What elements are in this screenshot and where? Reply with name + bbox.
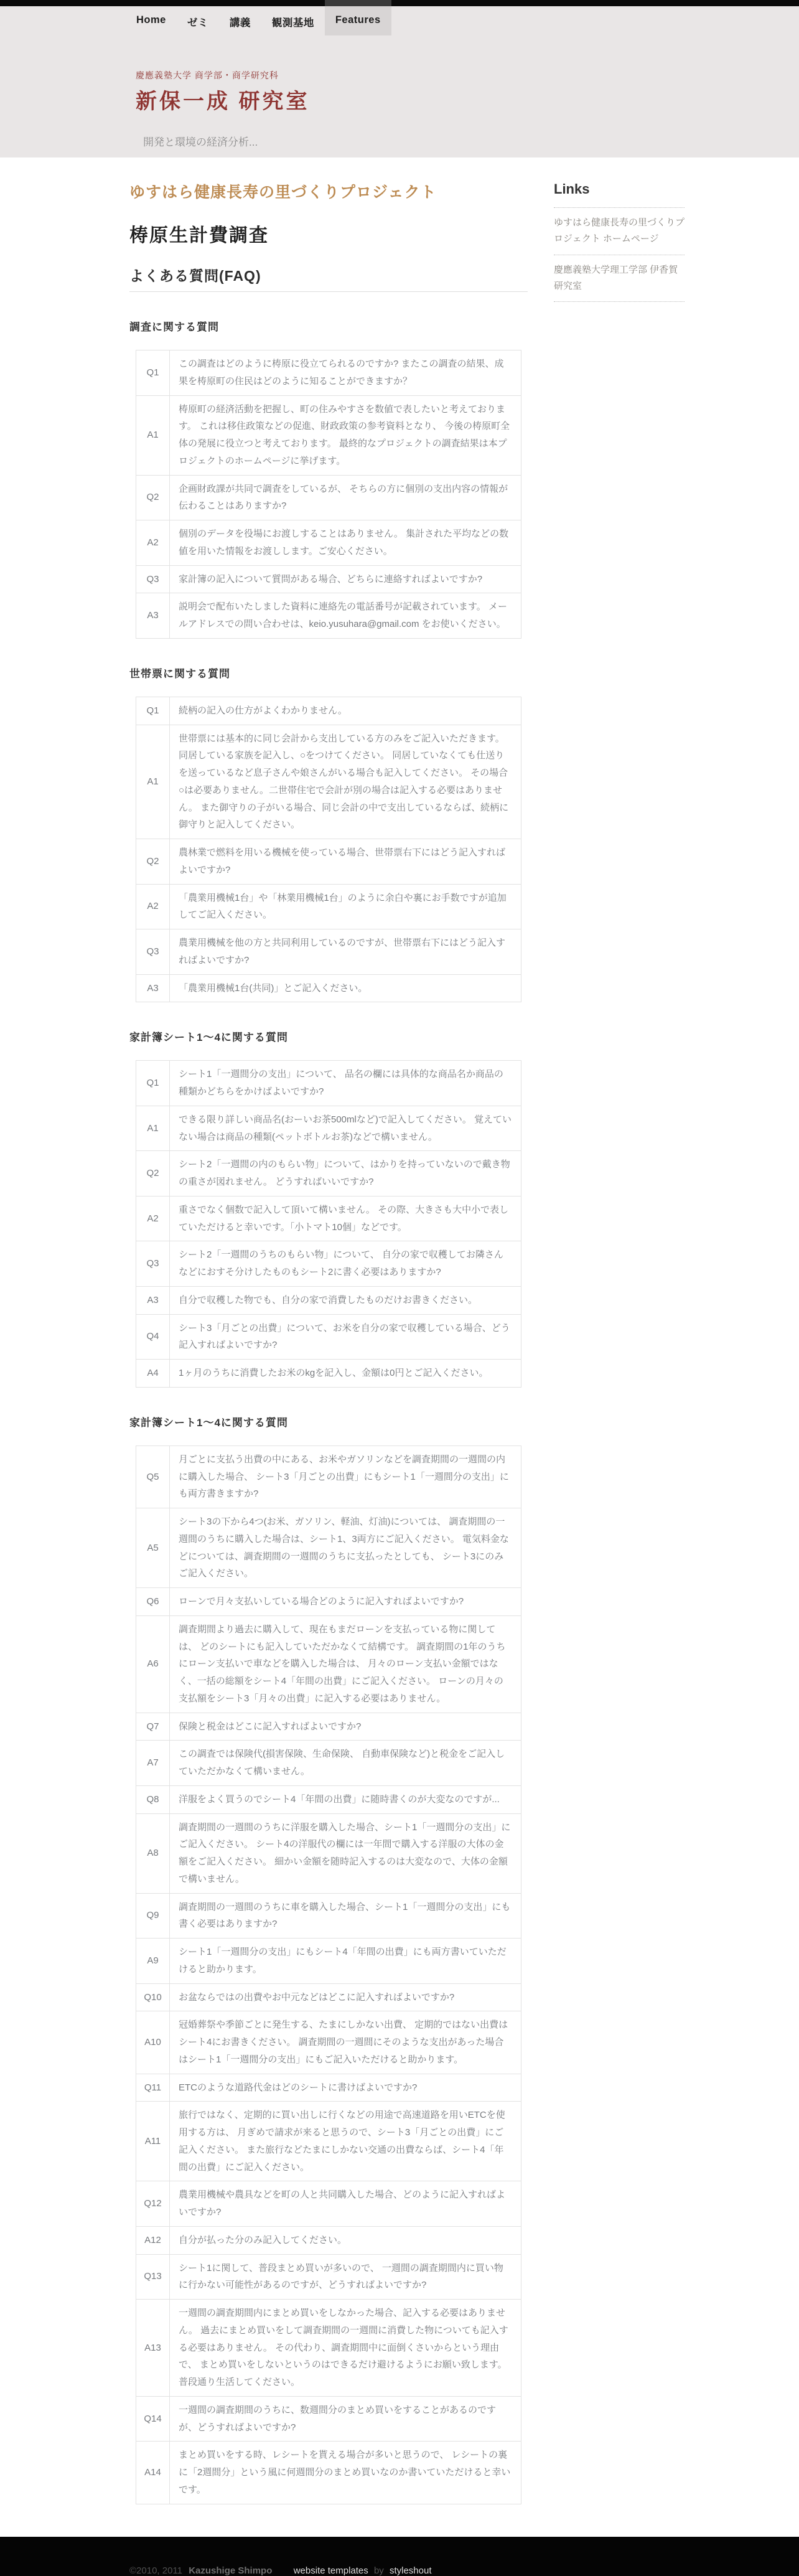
qa-text: まとめ買いをする時、レシートを貰える場合が多いと思うので、 レシートの裏に「2週… xyxy=(170,2442,521,2504)
faq-row-q14: Q14一週間の調査期間のうちに、数週間分のまとめ買いをすることがあるのですが、ど… xyxy=(136,2396,521,2442)
faq-row-a10: A10冠婚葬祭や季節ごとに発生する、たまにしかない出費、 定期的ではない出費はシ… xyxy=(136,2011,521,2074)
project-title: ゆすはら健康長寿の里づくりプロジェクト xyxy=(129,180,528,202)
faq-row-q7: Q7保険と税金はどこに記入すればよいですか? xyxy=(136,1713,521,1741)
copyright-years: ©2010, 2011 xyxy=(129,2565,182,2576)
qa-label: Q14 xyxy=(136,2396,170,2442)
qa-label: Q6 xyxy=(136,1588,170,1616)
qa-label: A10 xyxy=(136,2011,170,2074)
qa-label: Q9 xyxy=(136,1893,170,1939)
copyright-author: Kazushige Shimpo xyxy=(189,2565,272,2576)
logo-block: 慶應義塾大学 商学部・商学研究科 新保一成 研究室 xyxy=(119,69,680,115)
qa-label: Q3 xyxy=(136,929,170,975)
affiliation-text: 慶應義塾大学 商学部・商学研究科 xyxy=(136,69,680,82)
qa-text: 重さでなく個数で記入して頂いて構いません。 その際、大きさも大中小で表していただ… xyxy=(170,1196,521,1241)
faq-row-q1: Q1シート1「一週間分の支出」について、 品名の欄には具体的な商品名か商品の種類… xyxy=(136,1061,521,1106)
qa-text: 農業用機械を他の方と共同利用しているのですが、世帯票右下にはどう記入すればよいで… xyxy=(170,929,521,975)
faq-row-a3: A3説明会で配布いたしました資料に連絡先の電話番号が記載されています。 メールア… xyxy=(136,593,521,639)
qa-label: Q2 xyxy=(136,1151,170,1196)
qa-label: Q4 xyxy=(136,1314,170,1360)
faq-row-q2: Q2企画財政課が共同で調査をしているが、 そちらの方に個別の支出内容の情報が伝わ… xyxy=(136,475,521,520)
sidebar: Links ゆすはら健康長寿の里づくりプロジェクト ホームページ慶應義塾大学理工… xyxy=(554,157,685,2504)
section-heading: 世帯票に関する質問 xyxy=(129,665,528,680)
qa-text: お盆ならではの出費やお中元などはどこに記入すればよいですか? xyxy=(170,1983,521,2011)
faq-row-q2: Q2シート2「一週間の内のもらい物」について、はかりを持っていないので戴き物の重… xyxy=(136,1151,521,1196)
qa-text: 続柄の記入の仕方がよくわかりません。 xyxy=(170,697,521,725)
qa-label: A3 xyxy=(136,974,170,1002)
faq-row-q11: Q11ETCのような道路代金はどのシートに書けばよいですか? xyxy=(136,2074,521,2102)
qa-text: 自分で収穫した物でも、自分の家で消費したものだけお書きください。 xyxy=(170,1286,521,1314)
faq-row-q3: Q3家計簿の記入について質問がある場合、どちらに連絡すればよいですか? xyxy=(136,565,521,593)
faq-table: Q1続柄の記入の仕方がよくわかりません。A1世帯票には基本的に同じ会計から支出し… xyxy=(136,697,521,1003)
qa-label: Q7 xyxy=(136,1713,170,1741)
sidebar-link-item: ゆすはら健康長寿の里づくりプロジェクト ホームページ xyxy=(554,208,685,255)
qa-label: Q2 xyxy=(136,839,170,885)
qa-label: Q13 xyxy=(136,2254,170,2300)
qa-label: A2 xyxy=(136,884,170,929)
qa-text: シート3の下から4つ(お米、ガソリン、軽油、灯油)については、 調査期間の一週間… xyxy=(170,1508,521,1588)
faq-row-a13: A13一週間の調査期間内にまとめ買いをしなかった場合、記入する必要はありません。… xyxy=(136,2300,521,2397)
faq-row-q4: Q4シート3「月ごとの出費」について、お米を自分の家で収穫している場合、どう記入… xyxy=(136,1314,521,1360)
faq-row-a11: A11旅行ではなく、定期的に買い出しに行くなどの用途で高速道路を用いETCを使用… xyxy=(136,2102,521,2181)
faq-row-a8: A8調査期間の一週間のうちに洋服を購入した場合、シート1「一週間分の支出」にご記… xyxy=(136,1813,521,1893)
qa-label: A1 xyxy=(136,725,170,839)
links-heading: Links xyxy=(554,181,685,197)
qa-text: シート1「一週間分の支出」にもシート4「年間の出費」にも両方書いていただけると助… xyxy=(170,1939,521,1984)
qa-text: 一週間の調査期間のうちに、数週間分のまとめ買いをすることがあるのですが、どうすれ… xyxy=(170,2396,521,2442)
faq-row-a9: A9シート1「一週間分の支出」にもシート4「年間の出費」にも両方書いていただける… xyxy=(136,1939,521,1984)
faq-table: Q1シート1「一週間分の支出」について、 品名の欄には具体的な商品名か商品の種類… xyxy=(136,1060,521,1388)
main-column: ゆすはら健康長寿の里づくりプロジェクト 梼原生計費調査 よくある質問(FAQ) … xyxy=(129,157,528,2504)
qa-text: 世帯票には基本的に同じ会計から支出している方のみをご記入いただきます。 同居して… xyxy=(170,725,521,839)
qa-label: A6 xyxy=(136,1615,170,1713)
faq-row-q12: Q12農業用機械や農具などを町の人と共同購入した場合、どのように記入すればよいで… xyxy=(136,2181,521,2227)
qa-label: Q5 xyxy=(136,1445,170,1508)
site-title: 新保一成 研究室 xyxy=(136,84,680,115)
qa-label: A5 xyxy=(136,1508,170,1588)
qa-text: 説明会で配布いたしました資料に連絡先の電話番号が記載されています。 メールアドレ… xyxy=(170,593,521,639)
faq-row-q1: Q1この調査はどのように梼原に役立てられるのですか? またこの調査の結果、成果を… xyxy=(136,350,521,396)
qa-text: ローンで月々支払いしている場合どのように記入すればよいですか? xyxy=(170,1588,521,1616)
qa-text: この調査はどのように梼原に役立てられるのですか? またこの調査の結果、成果を梼原… xyxy=(170,350,521,396)
section-heading: 家計簿シート1～4に関する質問 xyxy=(129,1028,528,1044)
nav-item-zemi[interactable]: ゼミ xyxy=(177,6,219,37)
faq-row-q9: Q9調査期間の一週間のうちに車を購入した場合、シート1「一週間分の支出」にも書く… xyxy=(136,1893,521,1939)
styleshout-link[interactable]: styleshout xyxy=(390,2565,432,2576)
qa-text: シート3「月ごとの出費」について、お米を自分の家で収穫している場合、どう記入すれ… xyxy=(170,1314,521,1360)
nav-item-home[interactable]: Home xyxy=(126,6,177,34)
qa-text: 調査期間の一週間のうちに車を購入した場合、シート1「一週間分の支出」にも書く必要… xyxy=(170,1893,521,1939)
qa-text: 保険と税金はどこに記入すればよいですか? xyxy=(170,1713,521,1741)
top-black-bar xyxy=(0,0,799,6)
qa-label: A11 xyxy=(136,2102,170,2181)
qa-text: シート1「一週間分の支出」について、 品名の欄には具体的な商品名か商品の種類かど… xyxy=(170,1061,521,1106)
sidebar-link[interactable]: 慶應義塾大学理工学部 伊香賀研究室 xyxy=(554,262,685,295)
qa-label: Q3 xyxy=(136,565,170,593)
page: Homeゼミ講義観測基地Features 慶應義塾大学 商学部・商学研究科 新保… xyxy=(0,0,799,2576)
faq-row-q2: Q2農林業で燃料を用いる機械を使っている場合、世帯票右下にはどう記入すればよいで… xyxy=(136,839,521,885)
qa-label: A1 xyxy=(136,395,170,475)
qa-text: 月ごとに支払う出費の中にある、お米やガソリンなどを調査期間の一週間の内に購入した… xyxy=(170,1445,521,1508)
site-footer: ©2010, 2011 Kazushige Shimpo website tem… xyxy=(0,2537,799,2576)
faq-row-a2: A2「農業用機械1台」や「林業用機械1台」のように余白や裏にお手数ですが追加して… xyxy=(136,884,521,929)
qa-text: 一週間の調査期間内にまとめ買いをしなかった場合、記入する必要はありません。 過去… xyxy=(170,2300,521,2397)
qa-text: 旅行ではなく、定期的に買い出しに行くなどの用途で高速道路を用いETCを使用する方… xyxy=(170,2102,521,2181)
qa-label: Q8 xyxy=(136,1785,170,1813)
qa-label: A9 xyxy=(136,1939,170,1984)
qa-text: シート1に関して、普段まとめ買いが多いので、 一週間の調査期間内に買い物に行かな… xyxy=(170,2254,521,2300)
faq-row-a12: A12自分が払った分のみ記入してください。 xyxy=(136,2226,521,2254)
qa-text: 「農業用機械1台(共同)」とご記入ください。 xyxy=(170,974,521,1002)
qa-label: Q1 xyxy=(136,350,170,396)
qa-label: A4 xyxy=(136,1360,170,1388)
page-title: 梼原生計費調査 xyxy=(129,220,528,247)
qa-label: A13 xyxy=(136,2300,170,2397)
faq-row-q13: Q13シート1に関して、普段まとめ買いが多いので、 一週間の調査期間内に買い物に… xyxy=(136,2254,521,2300)
section-heading: 家計簿シート1～4に関する質問 xyxy=(129,1414,528,1429)
faq-row-q1: Q1続柄の記入の仕方がよくわかりません。 xyxy=(136,697,521,725)
qa-label: A2 xyxy=(136,520,170,566)
qa-label: Q2 xyxy=(136,475,170,520)
qa-label: Q11 xyxy=(136,2074,170,2102)
faq-row-q3: Q3シート2「一週間のうちのもらい物」について、 自分の家で収穫してお隣さんなど… xyxy=(136,1241,521,1287)
qa-text: シート2「一週間のうちのもらい物」について、 自分の家で収穫してお隣さんなどにお… xyxy=(170,1241,521,1287)
faq-row-a7: A7この調査では保険代(損害保険、生命保険、 自動車保険など)と税金をご記入して… xyxy=(136,1741,521,1786)
qa-label: A1 xyxy=(136,1106,170,1151)
nav-item-kansokukichi[interactable]: 観測基地 xyxy=(261,6,325,37)
faq-row-q6: Q6ローンで月々支払いしている場合どのように記入すればよいですか? xyxy=(136,1588,521,1616)
qa-label: Q10 xyxy=(136,1983,170,2011)
website-templates-link[interactable]: website templates xyxy=(294,2565,368,2576)
qa-text: 個別のデータを役場にお渡しすることはありません。 集計された平均などの数値を用い… xyxy=(170,520,521,566)
qa-label: A8 xyxy=(136,1813,170,1893)
footer-by-text: by xyxy=(374,2565,384,2576)
qa-text: 農林業で燃料を用いる機械を使っている場合、世帯票右下にはどう記入すればよいですか… xyxy=(170,839,521,885)
qa-label: A2 xyxy=(136,1196,170,1241)
qa-text: シート2「一週間の内のもらい物」について、はかりを持っていないので戴き物の重さが… xyxy=(170,1151,521,1196)
qa-label: A14 xyxy=(136,2442,170,2504)
qa-label: A3 xyxy=(136,1286,170,1314)
section-heading: 調査に関する質問 xyxy=(129,318,528,334)
qa-label: A3 xyxy=(136,593,170,639)
qa-text: 家計簿の記入について質問がある場合、どちらに連絡すればよいですか? xyxy=(170,565,521,593)
qa-text: 調査期間の一週間のうちに洋服を購入した場合、シート1「一週間分の支出」にご記入く… xyxy=(170,1813,521,1893)
qa-text: 調査期間より過去に購入して、現在もまだローンを支払っている物に関しては、 どのシ… xyxy=(170,1615,521,1713)
qa-label: A12 xyxy=(136,2226,170,2254)
faq-title: よくある質問(FAQ) xyxy=(129,265,528,292)
site-tagline: 開発と環境の経済分析... xyxy=(119,133,680,149)
faq-row-a3: A3「農業用機械1台(共同)」とご記入ください。 xyxy=(136,974,521,1002)
faq-row-a1: A1できる限り詳しい商品名(おーいお茶500mlなど)で記入してください。 覚え… xyxy=(136,1106,521,1151)
faq-table: Q1この調査はどのように梼原に役立てられるのですか? またこの調査の結果、成果を… xyxy=(136,350,521,639)
qa-label: Q1 xyxy=(136,697,170,725)
faq-row-a4: A41ヶ月のうちに消費したお米のkgを記入し、金額は0円とご記入ください。 xyxy=(136,1360,521,1388)
faq-row-a2: A2個別のデータを役場にお渡しすることはありません。 集計された平均などの数値を… xyxy=(136,520,521,566)
nav-item-features[interactable]: Features xyxy=(325,0,391,35)
qa-label: A7 xyxy=(136,1741,170,1786)
faq-row-a1: A1梼原町の経済活動を把握し、町の住みやすさを数値で表したいと考えております。 … xyxy=(136,395,521,475)
faq-sections: 調査に関する質問Q1この調査はどのように梼原に役立てられるのですか? またこの調… xyxy=(129,318,528,2504)
faq-row-q5: Q5月ごとに支払う出費の中にある、お米やガソリンなどを調査期間の一週間の内に購入… xyxy=(136,1445,521,1508)
qa-text: 洋服をよく買うのでシート4「年間の出費」に随時書くのが大変なのですが... xyxy=(170,1785,521,1813)
sidebar-link[interactable]: ゆすはら健康長寿の里づくりプロジェクト ホームページ xyxy=(554,215,685,248)
faq-row-a2: A2重さでなく個数で記入して頂いて構いません。 その際、大きさも大中小で表してい… xyxy=(136,1196,521,1241)
qa-text: できる限り詳しい商品名(おーいお茶500mlなど)で記入してください。 覚えてい… xyxy=(170,1106,521,1151)
faq-row-a3: A3自分で収穫した物でも、自分の家で消費したものだけお書きください。 xyxy=(136,1286,521,1314)
faq-row-a14: A14まとめ買いをする時、レシートを貰える場合が多いと思うので、 レシートの裏に… xyxy=(136,2442,521,2504)
qa-text: 1ヶ月のうちに消費したお米のkgを記入し、金額は0円とご記入ください。 xyxy=(170,1360,521,1388)
nav-item-kougi[interactable]: 講義 xyxy=(219,6,261,37)
main-nav: Homeゼミ講義観測基地Features xyxy=(119,6,680,37)
qa-text: ETCのような道路代金はどのシートに書けばよいですか? xyxy=(170,2074,521,2102)
faq-row-a6: A6調査期間より過去に購入して、現在もまだローンを支払っている物に関しては、 ど… xyxy=(136,1615,521,1713)
qa-label: Q12 xyxy=(136,2181,170,2227)
qa-text: 冠婚葬祭や季節ごとに発生する、たまにしかない出費、 定期的ではない出費はシート4… xyxy=(170,2011,521,2074)
faq-row-q3: Q3農業用機械を他の方と共同利用しているのですが、世帯票右下にはどう記入すればよ… xyxy=(136,929,521,975)
qa-text: 企画財政課が共同で調査をしているが、 そちらの方に個別の支出内容の情報が伝わるこ… xyxy=(170,475,521,520)
qa-text: 農業用機械や農具などを町の人と共同購入した場合、どのように記入すればよいですか? xyxy=(170,2181,521,2227)
qa-text: 「農業用機械1台」や「林業用機械1台」のように余白や裏にお手数ですが追加してご記… xyxy=(170,884,521,929)
content-area: ゆすはら健康長寿の里づくりプロジェクト 梼原生計費調査 よくある質問(FAQ) … xyxy=(119,157,680,2523)
faq-row-a1: A1世帯票には基本的に同じ会計から支出している方のみをご記入いただきます。 同居… xyxy=(136,725,521,839)
qa-text: 自分が払った分のみ記入してください。 xyxy=(170,2226,521,2254)
qa-label: Q1 xyxy=(136,1061,170,1106)
faq-table: Q5月ごとに支払う出費の中にある、お米やガソリンなどを調査期間の一週間の内に購入… xyxy=(136,1445,521,2504)
faq-row-q10: Q10お盆ならではの出費やお中元などはどこに記入すればよいですか? xyxy=(136,1983,521,2011)
faq-row-q8: Q8洋服をよく買うのでシート4「年間の出費」に随時書くのが大変なのですが... xyxy=(136,1785,521,1813)
qa-text: 梼原町の経済活動を把握し、町の住みやすさを数値で表したいと考えております。 これ… xyxy=(170,395,521,475)
sidebar-link-item: 慶應義塾大学理工学部 伊香賀研究室 xyxy=(554,255,685,303)
qa-label: Q3 xyxy=(136,1241,170,1287)
links-list: ゆすはら健康長寿の里づくりプロジェクト ホームページ慶應義塾大学理工学部 伊香賀… xyxy=(554,207,685,302)
site-header: Homeゼミ講義観測基地Features 慶應義塾大学 商学部・商学研究科 新保… xyxy=(0,0,799,157)
qa-text: この調査では保険代(損害保険、生命保険、 自動車保険など)と税金をご記入していた… xyxy=(170,1741,521,1786)
faq-row-a5: A5シート3の下から4つ(お米、ガソリン、軽油、灯油)については、 調査期間の一… xyxy=(136,1508,521,1588)
